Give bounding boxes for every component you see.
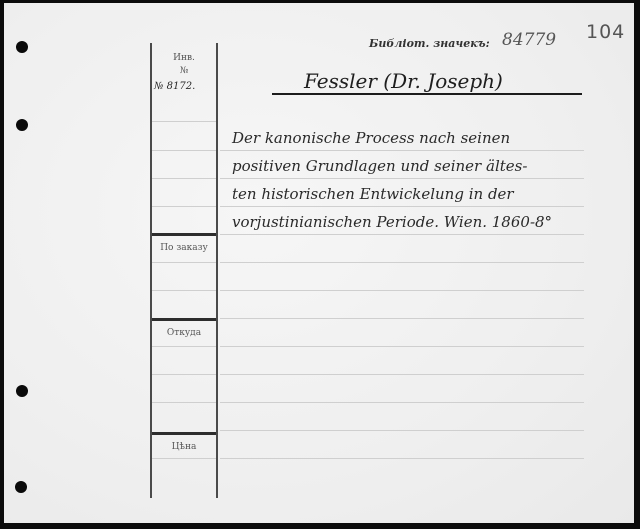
ruled-line <box>220 318 584 319</box>
price-label: Цѣна <box>152 442 216 452</box>
ruled-line <box>220 430 584 431</box>
section-divider-source <box>152 318 216 321</box>
author-name: Fessler (Dr. Joseph) <box>304 69 503 93</box>
ruled-line <box>220 458 584 459</box>
ruled-line <box>220 206 584 207</box>
ruled-line <box>220 262 584 263</box>
left-rule <box>152 402 216 403</box>
punch-hole-3 <box>16 385 28 397</box>
source-label: Откуда <box>152 328 216 338</box>
left-rule <box>152 178 216 179</box>
title-line-1: Der kanonische Process nach seinen <box>232 129 510 147</box>
library-mark-label: Библіот. значекъ: <box>369 37 490 50</box>
punch-hole-2 <box>16 119 28 131</box>
author-underline <box>272 93 582 95</box>
left-column-border-left <box>150 43 152 498</box>
section-divider-order <box>152 233 216 236</box>
ruled-line <box>220 374 584 375</box>
corner-number: 104 <box>586 21 625 43</box>
left-rule <box>152 121 216 122</box>
ruled-line <box>220 234 584 235</box>
left-rule <box>152 290 216 291</box>
punch-hole-1 <box>16 41 28 53</box>
left-rule <box>152 262 216 263</box>
title-line-2: positiven Grundlagen und seiner ältes- <box>232 157 527 175</box>
ruled-line <box>220 346 584 347</box>
order-label: По заказу <box>152 243 216 253</box>
punch-hole-4 <box>15 481 27 493</box>
title-line-3: ten historischen Entwickelung in der <box>232 185 514 203</box>
ruled-line <box>220 178 584 179</box>
inventory-no-label: № <box>152 66 216 76</box>
ruled-line <box>220 402 584 403</box>
library-mark-value: 84779 <box>502 30 556 50</box>
left-rule <box>152 374 216 375</box>
section-divider-price <box>152 432 216 435</box>
left-rule <box>152 150 216 151</box>
ruled-line <box>220 150 584 151</box>
inventory-label: Инв. <box>152 53 216 63</box>
left-rule <box>152 206 216 207</box>
ruled-line <box>220 290 584 291</box>
inventory-value: № 8172. <box>154 81 195 92</box>
left-column-border-right <box>216 43 218 498</box>
left-rule <box>152 346 216 347</box>
left-rule <box>152 458 216 459</box>
title-line-4: vorjustinianischen Periode. Wien. 1860-8… <box>232 213 552 231</box>
catalog-card: Инв. № № 8172. По заказу Откуда Цѣна Биб… <box>4 3 634 523</box>
